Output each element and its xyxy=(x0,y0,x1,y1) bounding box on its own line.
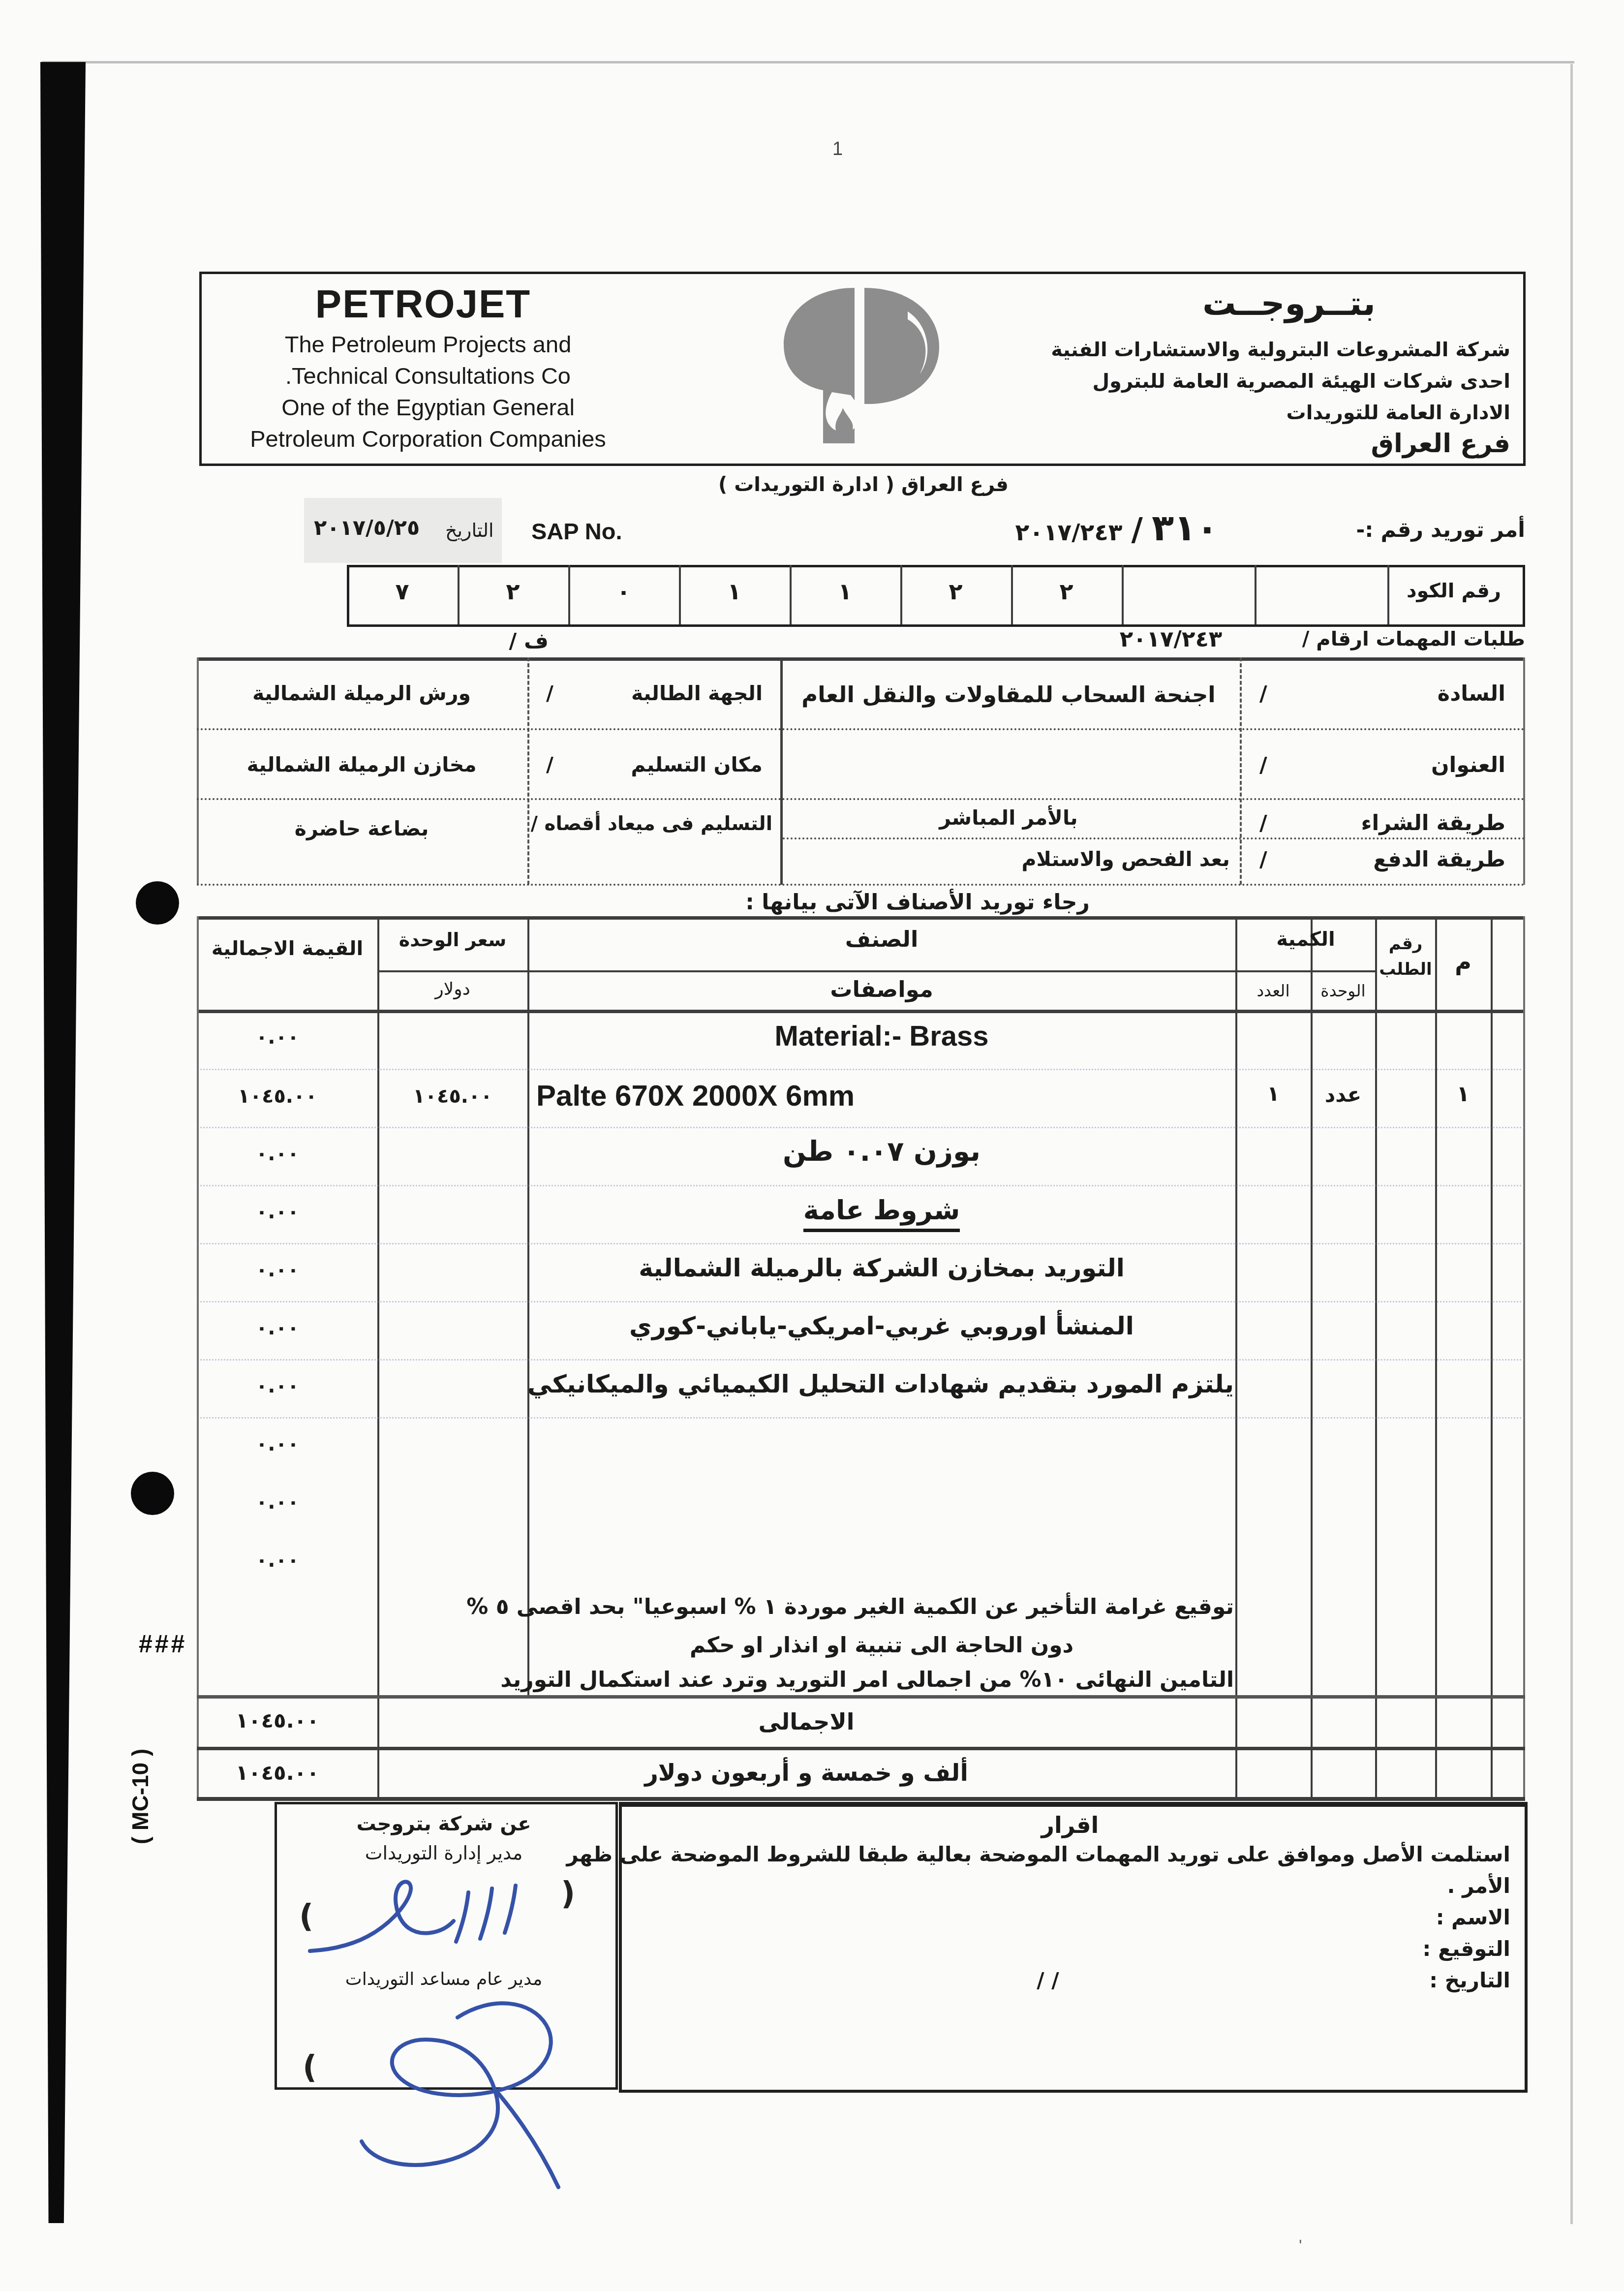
info-value-stores: مخازن الرميلة الشمالية xyxy=(202,753,521,776)
code-cell-divider xyxy=(1122,565,1124,624)
scan-right-edge xyxy=(1570,64,1573,2224)
petrojet-logo xyxy=(760,278,967,455)
info-label-slash: / xyxy=(1259,811,1267,836)
code-digit: ٧ xyxy=(347,578,458,605)
item-desc: شروط عامة xyxy=(529,1195,1234,1226)
header-ar-line3: الادارة العامة للتوريدات xyxy=(1018,402,1510,424)
divider-line xyxy=(197,1127,1525,1128)
insurance-clause: التامين النهائى ١٠% من اجمالى امر التوري… xyxy=(529,1667,1234,1692)
header-ar-line2: احدى شركات الهيئة المصرية العامة للبترول xyxy=(1018,370,1510,393)
divider-line xyxy=(197,798,1525,800)
page-number: 1 xyxy=(832,139,843,160)
info-label-text: طريقة الشراء xyxy=(1361,811,1505,836)
item-total: ٠.٠٠ xyxy=(199,1143,356,1165)
code-cell-divider xyxy=(1255,565,1256,624)
date-value: ٢٠١٧/٥/٢٥ xyxy=(314,516,420,540)
info-label-purchase-method: طريقة الشراء / xyxy=(1259,811,1505,836)
order-number-main: ٣١٠ xyxy=(1152,507,1219,549)
divider-line xyxy=(377,916,379,1798)
info-label-delivery-deadline: التسليم فى ميعاد أقصاه / xyxy=(536,813,772,835)
code-digit: ١ xyxy=(679,578,790,605)
sap-number-label: SAP No. xyxy=(531,518,622,545)
info-label-text: العنوان xyxy=(1431,753,1505,777)
total-in-words: ألف و خمسة و أربعون دولار xyxy=(379,1759,1233,1787)
declaration-body: استلمت الأصل وموافق على توريد المهمات ال… xyxy=(632,1842,1510,1866)
approvals-role1: مدير إدارة التوريدات xyxy=(279,1842,608,1864)
divider-line xyxy=(197,1185,1525,1186)
item-desc: المنشأ اوروبي غربي-امريكي-ياباني-كوري xyxy=(529,1312,1234,1340)
requests-value: ٢٠١٧/٢٤٣ xyxy=(1107,626,1235,652)
header-en-line2: .Technical Consultations Co xyxy=(231,362,625,389)
item-desc-text: شروط عامة xyxy=(803,1195,960,1232)
supply-request-note: رجاء توريد الأصناف الآتى بيانها : xyxy=(541,890,1294,915)
info-label-delivery-place: مكان التسليم / xyxy=(546,753,763,776)
code-digit: ٢ xyxy=(458,578,568,605)
col-header-unit: الوحدة xyxy=(1313,981,1374,1000)
hole-punch-dot xyxy=(131,1472,174,1515)
divider-line xyxy=(197,1695,1525,1699)
header-en-line1: The Petroleum Projects and xyxy=(231,331,625,358)
scan-left-black-bar xyxy=(40,62,86,2223)
info-value-goods-ready: بضاعة حاضرة xyxy=(202,817,521,840)
divider-line xyxy=(197,1301,1525,1302)
divider-line xyxy=(197,1359,1525,1361)
item-desc: Material:- Brass xyxy=(529,1020,1234,1053)
scanned-purchase-order-page: 1 ### ( MC-10 ) ' PETROJET The Petroleum… xyxy=(0,0,1624,2291)
divider-line xyxy=(197,1010,1525,1013)
order-number-label: أمر توريد رقم :- xyxy=(1353,518,1525,542)
info-label-sada: السادة / xyxy=(1259,681,1505,706)
divider-line xyxy=(1523,916,1525,1798)
grand-total-value: ١٠٤٥.٠٠ xyxy=(199,1708,356,1733)
col-header-specs: مواصفات xyxy=(529,976,1234,1002)
divider-line xyxy=(1311,916,1313,1798)
info-label-address: العنوان / xyxy=(1259,753,1505,777)
department-line: فرع العراق ( ادارة التوريدات ) xyxy=(568,473,1159,496)
divider-line xyxy=(1375,916,1377,1798)
col-header-item: الصنف xyxy=(529,926,1234,952)
divider-line xyxy=(1235,916,1237,1798)
hole-punch-dot xyxy=(136,881,179,925)
info-label-payment-method: طريقة الدفع / xyxy=(1259,847,1505,872)
header-ar-line1: شركة المشروعات البترولية والاستشارات الف… xyxy=(1018,339,1510,361)
info-value-workshop: ورش الرميلة الشمالية xyxy=(202,681,521,705)
divider-line xyxy=(197,1243,1525,1244)
item-serial: ١ xyxy=(1437,1082,1489,1107)
brand-name-en: PETROJET xyxy=(246,281,600,327)
divider-line xyxy=(1240,657,1242,885)
info-label-slash: / xyxy=(1259,681,1267,706)
code-digit: ٢ xyxy=(900,578,1011,605)
col-header-total: القيمة الاجمالية xyxy=(199,937,376,960)
info-label-text: الجهة الطالبة xyxy=(631,681,763,705)
margin-hash-mark: ### xyxy=(139,1630,187,1658)
signature-supplies-manager xyxy=(295,1870,571,1983)
divider-line xyxy=(197,916,1525,920)
total-in-words-value: ١٠٤٥.٠٠ xyxy=(199,1761,356,1785)
item-total: ١٠٤٥.٠٠ xyxy=(199,1085,356,1108)
divider-line xyxy=(197,657,1525,661)
info-value-after-inspection: بعد الفحص والاستلام xyxy=(787,847,1230,871)
form-code-vertical: ( MC-10 ) xyxy=(127,1749,153,1844)
signature-paren-open: ( xyxy=(299,1898,313,1935)
order-number-value: ٢٠١٧/٢٤٣ / ٣١٠ xyxy=(954,507,1279,549)
order-number-rest: ٢٠١٧/٢٤٣ xyxy=(1015,519,1123,546)
item-total: ٠.٠٠ xyxy=(199,1375,356,1397)
code-digit: ٢ xyxy=(1011,578,1122,605)
approvals-company-line: عن شركة بتروجت xyxy=(279,1813,608,1835)
item-total: ٠.٠٠ xyxy=(199,1201,356,1223)
divider-line xyxy=(1491,916,1493,1798)
brand-name-ar: بتــروجــت xyxy=(1068,284,1510,323)
divider-line xyxy=(197,1747,1525,1750)
grand-total-label: الاجمالى xyxy=(379,1708,1233,1735)
item-total: ٠.٠٠ xyxy=(199,1317,356,1339)
item-desc: يلتزم المورد بتقديم شهادات التحليل الكيم… xyxy=(529,1370,1234,1398)
item-desc: Palte 670X 2000X 6mm xyxy=(536,1079,855,1113)
info-label-text: مكان التسليم xyxy=(631,753,763,776)
declaration-body2: الأمر . xyxy=(632,1874,1510,1898)
divider-line xyxy=(527,657,529,885)
declaration-name-label: الاسم : xyxy=(632,1905,1510,1929)
item-desc: بوزن ٠.٠٧ طن xyxy=(529,1136,1234,1168)
info-label-slash: / xyxy=(1259,847,1267,872)
signature-paren-close: ) xyxy=(561,1876,575,1912)
item-unit-price: ١٠٤٥.٠٠ xyxy=(379,1085,526,1108)
divider-line xyxy=(197,884,1525,886)
divider-line xyxy=(1523,657,1525,885)
info-label-slash: / xyxy=(546,681,553,705)
divider-line xyxy=(197,657,199,885)
item-count: ١ xyxy=(1237,1082,1309,1106)
date-label: التاريخ xyxy=(445,520,494,541)
item-desc: التوريد بمخازن الشركة بالرميلة الشمالية xyxy=(529,1254,1234,1282)
info-label-slash: / xyxy=(1259,753,1267,777)
info-value-client: اجنحة السحاب للمقاولات والنقل العام xyxy=(787,681,1230,708)
declaration-title: اقرار xyxy=(625,1812,1515,1838)
requests-label: طلبات المهمات ارقام / xyxy=(1245,628,1525,650)
divider-line xyxy=(197,1797,1525,1801)
info-label-slash: / xyxy=(546,753,553,776)
code-row-label: رقم الكود xyxy=(1387,580,1520,602)
code-digit: ٠ xyxy=(568,578,679,605)
col-header-req-no: رقم الطلب xyxy=(1378,931,1434,982)
info-label-text: طريقة الدفع xyxy=(1373,847,1505,872)
penalty-clause-line1: توقيع غرامة التأخير عن الكمية الغير مورد… xyxy=(529,1594,1234,1619)
item-total: ٠.٠٠ xyxy=(199,1433,356,1455)
divider-line xyxy=(1435,916,1437,1798)
item-total: ٠.٠٠ xyxy=(199,1026,356,1049)
col-header-currency: دولار xyxy=(379,979,526,999)
info-label-requesting-dept: الجهة الطالبة / xyxy=(546,681,763,705)
stray-tick-mark: ' xyxy=(1299,2236,1302,2256)
header-ar-branch: فرع العراق xyxy=(1018,429,1510,459)
signature-paren-open: ( xyxy=(303,2049,317,2086)
scan-top-edge xyxy=(42,61,1574,63)
penalty-clause-line2: دون الحاجة الى تنبية او انذار او حكم xyxy=(529,1633,1234,1658)
divider-line xyxy=(780,657,783,885)
divider-line xyxy=(197,728,1525,730)
item-total: ٠.٠٠ xyxy=(199,1491,356,1514)
item-total: ٠.٠٠ xyxy=(199,1549,356,1572)
header-en-line3: One of the Egyptian General xyxy=(231,394,625,421)
item-unit: عدد xyxy=(1313,1083,1374,1107)
declaration-signature-label: التوقيع : xyxy=(632,1937,1510,1961)
header-en-line4: Petroleum Corporation Companies xyxy=(231,425,625,452)
divider-line xyxy=(197,1417,1525,1419)
item-total: ٠.٠٠ xyxy=(199,1259,356,1281)
col-header-count: العدد xyxy=(1237,981,1309,1000)
divider-line xyxy=(783,837,1525,839)
order-number-slash: / xyxy=(1132,512,1143,548)
col-header-qty: الكمية xyxy=(1237,928,1374,951)
requests-side-note: ف / xyxy=(480,629,549,653)
info-label-text: السادة xyxy=(1438,681,1505,706)
info-value-direct-order: بالأمر المباشر xyxy=(787,806,1230,830)
divider-line xyxy=(197,1069,1525,1070)
col-header-unit-price: سعر الوحدة xyxy=(379,929,526,951)
code-digit: ١ xyxy=(790,578,900,605)
signature-assistant-gm xyxy=(295,1983,610,2190)
declaration-date-slashes: / / xyxy=(950,1968,1146,1992)
col-header-serial: م xyxy=(1437,949,1489,975)
